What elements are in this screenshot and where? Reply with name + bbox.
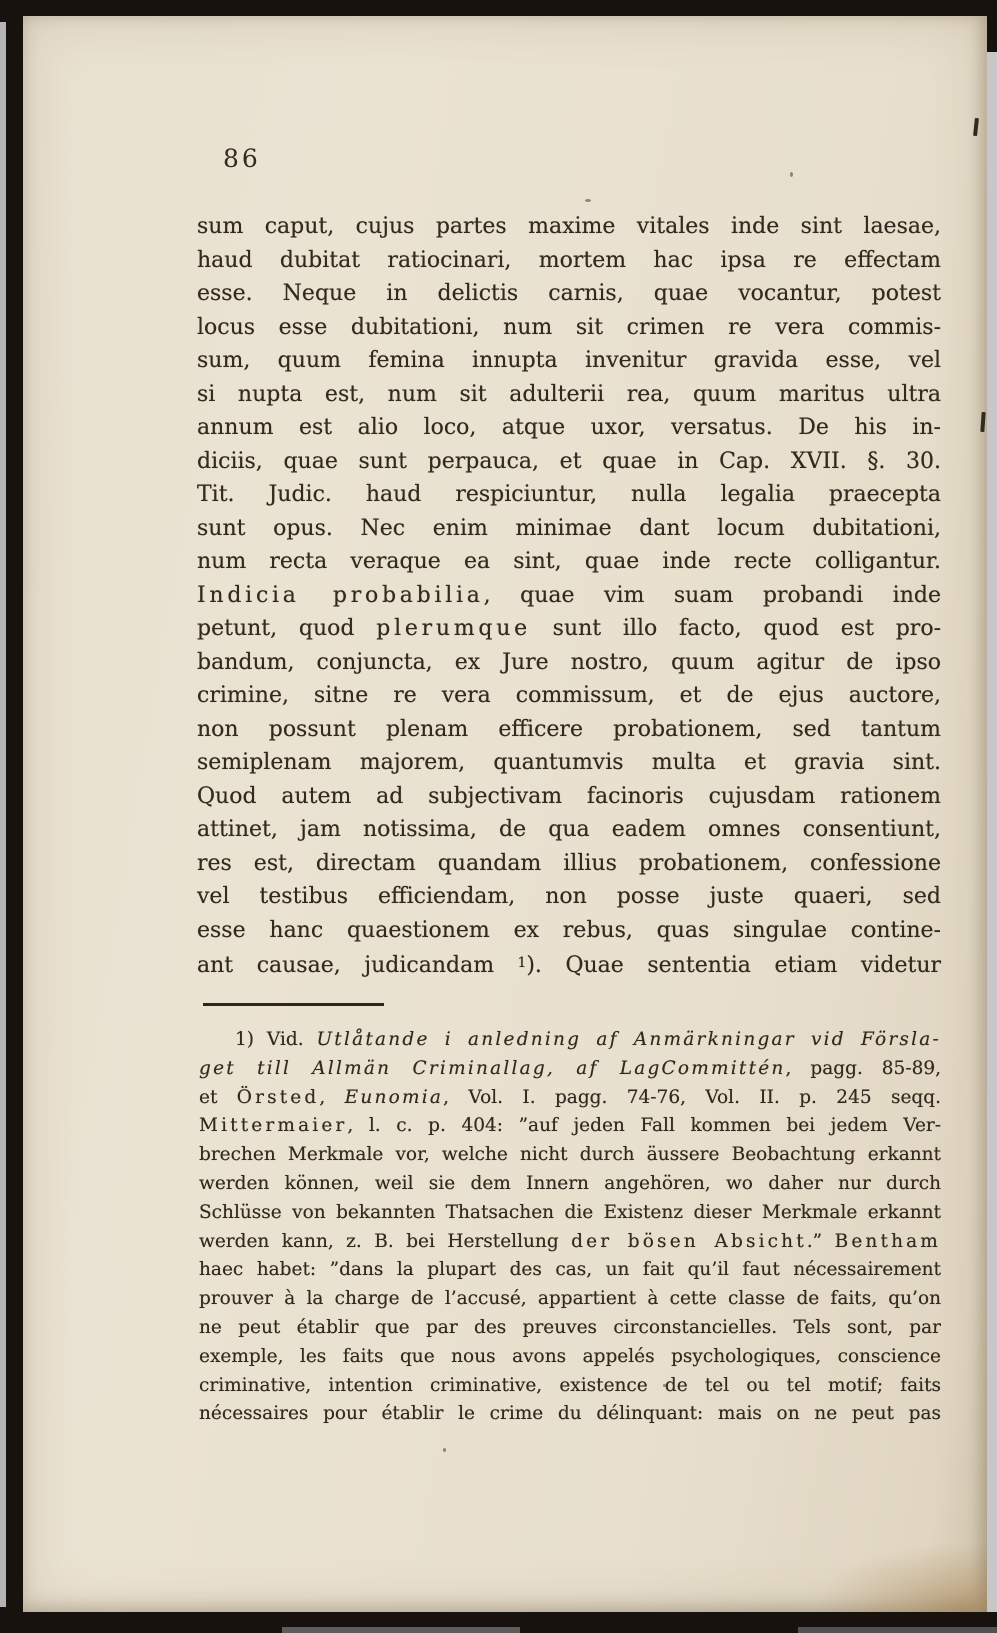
text-segment: plerumque	[376, 616, 531, 641]
page-speck	[790, 172, 793, 177]
text-segment: vel testibus efficiendam, non posse just…	[197, 884, 941, 909]
text-segment: haec habet: ”dans la plupart des cas, un…	[199, 1259, 941, 1280]
text-segment: sum caput, cujus partes maxime vitales i…	[197, 214, 941, 239]
text-segment: Indicia probabilia	[197, 583, 484, 608]
text-line: get till Allmän Criminallag, af LagCommi…	[199, 1055, 941, 1084]
footnote-text: 1) Vid. Utlåtande i anledning af Anmärkn…	[199, 1026, 941, 1429]
text-line: vel testibus efficiendam, non posse just…	[197, 880, 941, 914]
text-segment: ,	[319, 1087, 344, 1108]
text-line: Indicia probabilia, quae vim suam proban…	[197, 579, 941, 613]
text-line: crimine, sitne re vera commissum, et de …	[197, 679, 941, 713]
text-line: ant causae, judicandam 1). Quae sententi…	[197, 947, 941, 983]
scanner-edge-bottom	[282, 1627, 520, 1633]
main-text: sum caput, cujus partes maxime vitales i…	[197, 210, 941, 983]
text-line: Quod autem ad subjectivam facinoris cuju…	[197, 780, 941, 814]
text-line: haec habet: ”dans la plupart des cas, un…	[199, 1256, 941, 1285]
text-segment: 1) Vid.	[235, 1029, 317, 1050]
text-line: semiplenam majorem, quantumvis multa et …	[197, 746, 941, 780]
scanner-edge-left	[0, 22, 6, 1607]
text-segment: brechen Merkmale vor, welche nicht durch…	[199, 1144, 941, 1165]
text-line: locus esse dubitationi, num sit crimen r…	[197, 311, 941, 345]
scanner-edge-bottom	[798, 1627, 997, 1633]
text-segment: petunt, quod	[197, 616, 376, 641]
text-line: diciis, quae sunt perpauca, et quae in C…	[197, 445, 941, 479]
text-line: haud dubitat ratiocinari, mortem hac ips…	[197, 244, 941, 278]
text-line: werden kann, z. B. bei Herstellung der b…	[199, 1228, 941, 1257]
text-segment: Schlüsse von bekannten Thatsachen die Ex…	[199, 1202, 941, 1223]
text-segment: sunt illo facto, quod est pro-	[531, 616, 941, 641]
text-line: num recta veraque ea sint, quae inde rec…	[197, 545, 941, 579]
text-segment: werden können, weil sie dem Innern angeh…	[199, 1173, 941, 1194]
text-segment: attinet, jam notissima, de qua eadem omn…	[197, 817, 941, 842]
text-line: sum caput, cujus partes maxime vitales i…	[197, 210, 941, 244]
text-line: 1) Vid. Utlåtande i anledning af Anmärkn…	[199, 1026, 941, 1055]
text-segment: sum, quum femina innupta invenitur gravi…	[197, 348, 941, 373]
text-segment: et	[199, 1087, 237, 1108]
text-line: Schlüsse von bekannten Thatsachen die Ex…	[199, 1199, 941, 1228]
text-line: nécessaires pour établir le crime du dél…	[199, 1400, 941, 1429]
text-line: prouver à la charge de l’accusé, apparti…	[199, 1285, 941, 1314]
text-line: petunt, quod plerumque sunt illo facto, …	[197, 612, 941, 646]
text-segment: nécessaires pour établir le crime du dél…	[199, 1403, 941, 1424]
text-line: si nupta est, num sit adulterii rea, quu…	[197, 378, 941, 412]
text-line: bandum, conjuncta, ex Jure nostro, quum …	[197, 646, 941, 680]
text-segment: werden kann, z. B. bei Herstellung	[199, 1231, 571, 1252]
text-line: sunt opus. Nec enim minimae dant locum d…	[197, 512, 941, 546]
text-segment: Tit. Judic. haud respiciuntur, nulla leg…	[197, 482, 941, 507]
text-segment: .”	[807, 1231, 835, 1252]
text-segment: der bösen Absicht	[571, 1231, 807, 1252]
text-segment: Eunomia	[345, 1087, 444, 1108]
text-line: non possunt plenam efficere probationem,…	[197, 713, 941, 747]
text-segment: locus esse dubitationi, num sit crimen r…	[197, 315, 941, 340]
text-segment: bandum, conjuncta, ex Jure nostro, quum …	[197, 650, 941, 675]
text-segment: ). Quae sententia etiam videtur	[526, 953, 941, 978]
page-stain	[817, 1542, 987, 1612]
text-segment: get till Allmän Criminallag, af LagCommi…	[199, 1058, 786, 1079]
text-segment: Örsted	[237, 1087, 320, 1108]
text-line: esse hanc quaestionem ex rebus, quas sin…	[197, 914, 941, 948]
page-number: 86	[223, 144, 261, 173]
text-segment: non possunt plenam efficere probationem,…	[197, 717, 941, 742]
text-segment: Utlåtande i anledning af Anmärkningar vi…	[317, 1029, 942, 1050]
text-segment: si nupta est, num sit adulterii rea, quu…	[197, 382, 941, 407]
text-line: exemple, les faits que nous avons appelé…	[199, 1343, 941, 1372]
text-segment: num recta veraque ea sint, quae inde rec…	[197, 549, 941, 574]
text-line: Mittermaier, l. c. p. 404: ”auf jeden Fa…	[199, 1112, 941, 1141]
text-segment: crimine, sitne re vera commissum, et de …	[197, 683, 941, 708]
text-line: annum est alio loco, atque uxor, versatu…	[197, 411, 941, 445]
text-segment: annum est alio loco, atque uxor, versatu…	[197, 415, 941, 440]
text-segment: res est, directam quandam illius probati…	[197, 851, 941, 876]
text-segment: ant causae, judicandam	[197, 953, 518, 978]
text-line: esse. Neque in delictis carnis, quae voc…	[197, 277, 941, 311]
text-line: werden können, weil sie dem Innern angeh…	[199, 1170, 941, 1199]
text-line: criminative, intention criminative, exis…	[199, 1372, 941, 1401]
text-segment: , quae vim suam probandi inde	[484, 583, 941, 608]
text-segment: haud dubitat ratiocinari, mortem hac ips…	[197, 248, 941, 273]
page-speck	[585, 199, 591, 202]
page-speck	[443, 1448, 446, 1452]
page: 86 sum caput, cujus partes maxime vitale…	[23, 16, 987, 1612]
text-line: Tit. Judic. haud respiciuntur, nulla leg…	[197, 478, 941, 512]
text-line: sum, quum femina innupta invenitur gravi…	[197, 344, 941, 378]
text-segment: Bentham	[835, 1231, 941, 1252]
text-segment: , l. c. p. 404: ”auf jeden Fall kommen b…	[347, 1115, 941, 1136]
text-segment: diciis, quae sunt perpauca, et quae in C…	[197, 449, 941, 474]
text-segment: ne peut établir que par des preuves circ…	[199, 1317, 941, 1338]
text-segment: , Vol. I. pagg. 74-76, Vol. II. p. 245 s…	[443, 1087, 941, 1108]
text-line: res est, directam quandam illius probati…	[197, 847, 941, 881]
text-line: et Örsted, Eunomia, Vol. I. pagg. 74-76,…	[199, 1084, 941, 1113]
text-segment: criminative, intention criminative, exis…	[199, 1375, 941, 1396]
text-segment: exemple, les faits que nous avons appelé…	[199, 1346, 941, 1367]
page-speck	[663, 1384, 666, 1387]
text-segment: semiplenam majorem, quantumvis multa et …	[197, 750, 941, 775]
text-segment: prouver à la charge de l’accusé, apparti…	[199, 1288, 941, 1309]
text-segment: sunt opus. Nec enim minimae dant locum d…	[197, 516, 941, 541]
text-segment: esse. Neque in delictis carnis, quae voc…	[197, 281, 941, 306]
text-line: brechen Merkmale vor, welche nicht durch…	[199, 1141, 941, 1170]
text-segment: Quod autem ad subjectivam facinoris cuju…	[197, 784, 941, 809]
text-line: ne peut établir que par des preuves circ…	[199, 1314, 941, 1343]
text-segment: Mittermaier	[199, 1115, 347, 1136]
text-segment: esse hanc quaestionem ex rebus, quas sin…	[197, 918, 941, 943]
scanned-book-page: 86 sum caput, cujus partes maxime vitale…	[0, 0, 997, 1633]
footnote-separator	[203, 1003, 384, 1006]
scanner-edge-right	[987, 52, 997, 1612]
text-line: attinet, jam notissima, de qua eadem omn…	[197, 813, 941, 847]
text-segment: , pagg. 85-89,	[786, 1058, 941, 1079]
